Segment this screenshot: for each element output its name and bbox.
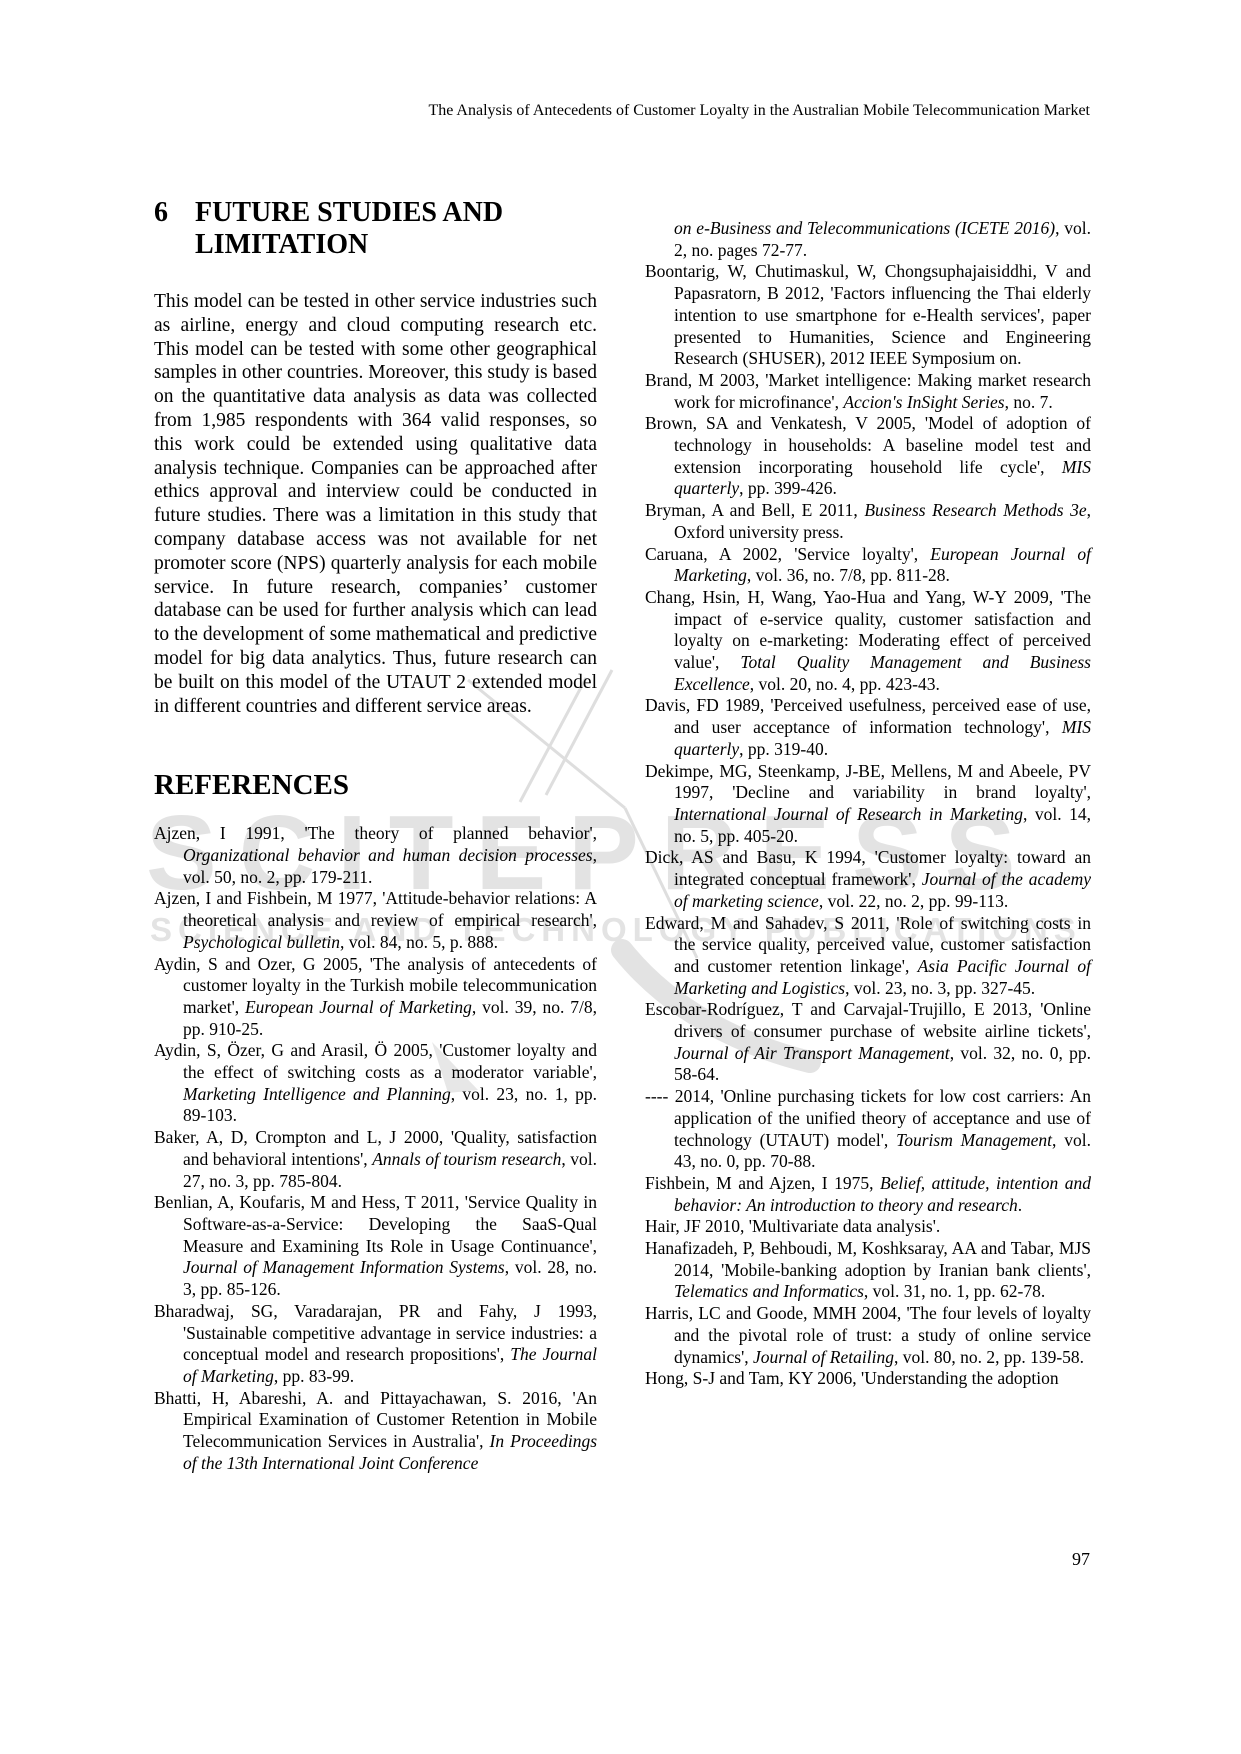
reference-entry: Baker, A, D, Crompton and L, J 2000, 'Qu… (154, 1127, 597, 1192)
reference-entry: Ajzen, I 1991, 'The theory of planned be… (154, 823, 597, 888)
reference-entry: Aydin, S, Özer, G and Arasil, Ö 2005, 'C… (154, 1040, 597, 1127)
reference-entry: Dekimpe, MG, Steenkamp, J-BE, Mellens, M… (645, 761, 1091, 848)
reference-entry: on e-Business and Telecommunications (IC… (645, 218, 1091, 261)
reference-entry: Brand, M 2003, 'Market intelligence: Mak… (645, 370, 1091, 413)
running-header: The Analysis of Antecedents of Customer … (154, 101, 1090, 121)
reference-entry: Hanafizadeh, P, Behboudi, M, Koshksaray,… (645, 1238, 1091, 1303)
reference-entry: Chang, Hsin, H, Wang, Yao-Hua and Yang, … (645, 587, 1091, 696)
reference-entry: ---- 2014, 'Online purchasing tickets fo… (645, 1086, 1091, 1173)
reference-entry: Bhatti, H, Abareshi, A. and Pittayachawa… (154, 1388, 597, 1475)
reference-entry: Aydin, S and Ozer, G 2005, 'The analysis… (154, 954, 597, 1041)
reference-entry: Boontarig, W, Chutimaskul, W, Chongsupha… (645, 261, 1091, 370)
section-heading: 6 FUTURE STUDIES AND LIMITATION (154, 197, 597, 261)
references-heading: REFERENCES (154, 768, 597, 802)
references-list-left: Ajzen, I 1991, 'The theory of planned be… (154, 823, 597, 1474)
right-column: on e-Business and Telecommunications (IC… (645, 197, 1091, 1390)
reference-entry: Brown, SA and Venkatesh, V 2005, 'Model … (645, 413, 1091, 500)
reference-entry: Fishbein, M and Ajzen, I 1975, Belief, a… (645, 1173, 1091, 1216)
reference-entry: Davis, FD 1989, 'Perceived usefulness, p… (645, 695, 1091, 760)
reference-entry: Harris, LC and Goode, MMH 2004, 'The fou… (645, 1303, 1091, 1368)
page-number: 97 (154, 1549, 1090, 1570)
reference-entry: Dick, AS and Basu, K 1994, 'Customer loy… (645, 847, 1091, 912)
references-list-right: on e-Business and Telecommunications (IC… (645, 218, 1091, 1390)
reference-entry: Hong, S-J and Tam, KY 2006, 'Understandi… (645, 1368, 1091, 1390)
reference-entry: Benlian, A, Koufaris, M and Hess, T 2011… (154, 1192, 597, 1301)
section-title: FUTURE STUDIES AND LIMITATION (195, 197, 503, 261)
reference-entry: Bryman, A and Bell, E 2011, Business Res… (645, 500, 1091, 543)
reference-entry: Escobar-Rodríguez, T and Carvajal-Trujil… (645, 999, 1091, 1086)
left-column: 6 FUTURE STUDIES AND LIMITATION This mod… (154, 197, 597, 1474)
reference-entry: Ajzen, I and Fishbein, M 1977, 'Attitude… (154, 888, 597, 953)
reference-entry: Edward, M and Sahadev, S 2011, 'Role of … (645, 913, 1091, 1000)
document-page: SCITEPRESS SCIENCE AND TECHNOLOGY PUBLIC… (0, 0, 1241, 1754)
reference-entry: Bharadwaj, SG, Varadarajan, PR and Fahy,… (154, 1301, 597, 1388)
reference-entry: Hair, JF 2010, 'Multivariate data analys… (645, 1216, 1091, 1238)
section-body-paragraph: This model can be tested in other servic… (154, 290, 597, 718)
reference-entry: Caruana, A 2002, 'Service loyalty', Euro… (645, 544, 1091, 587)
section-number: 6 (154, 197, 195, 261)
